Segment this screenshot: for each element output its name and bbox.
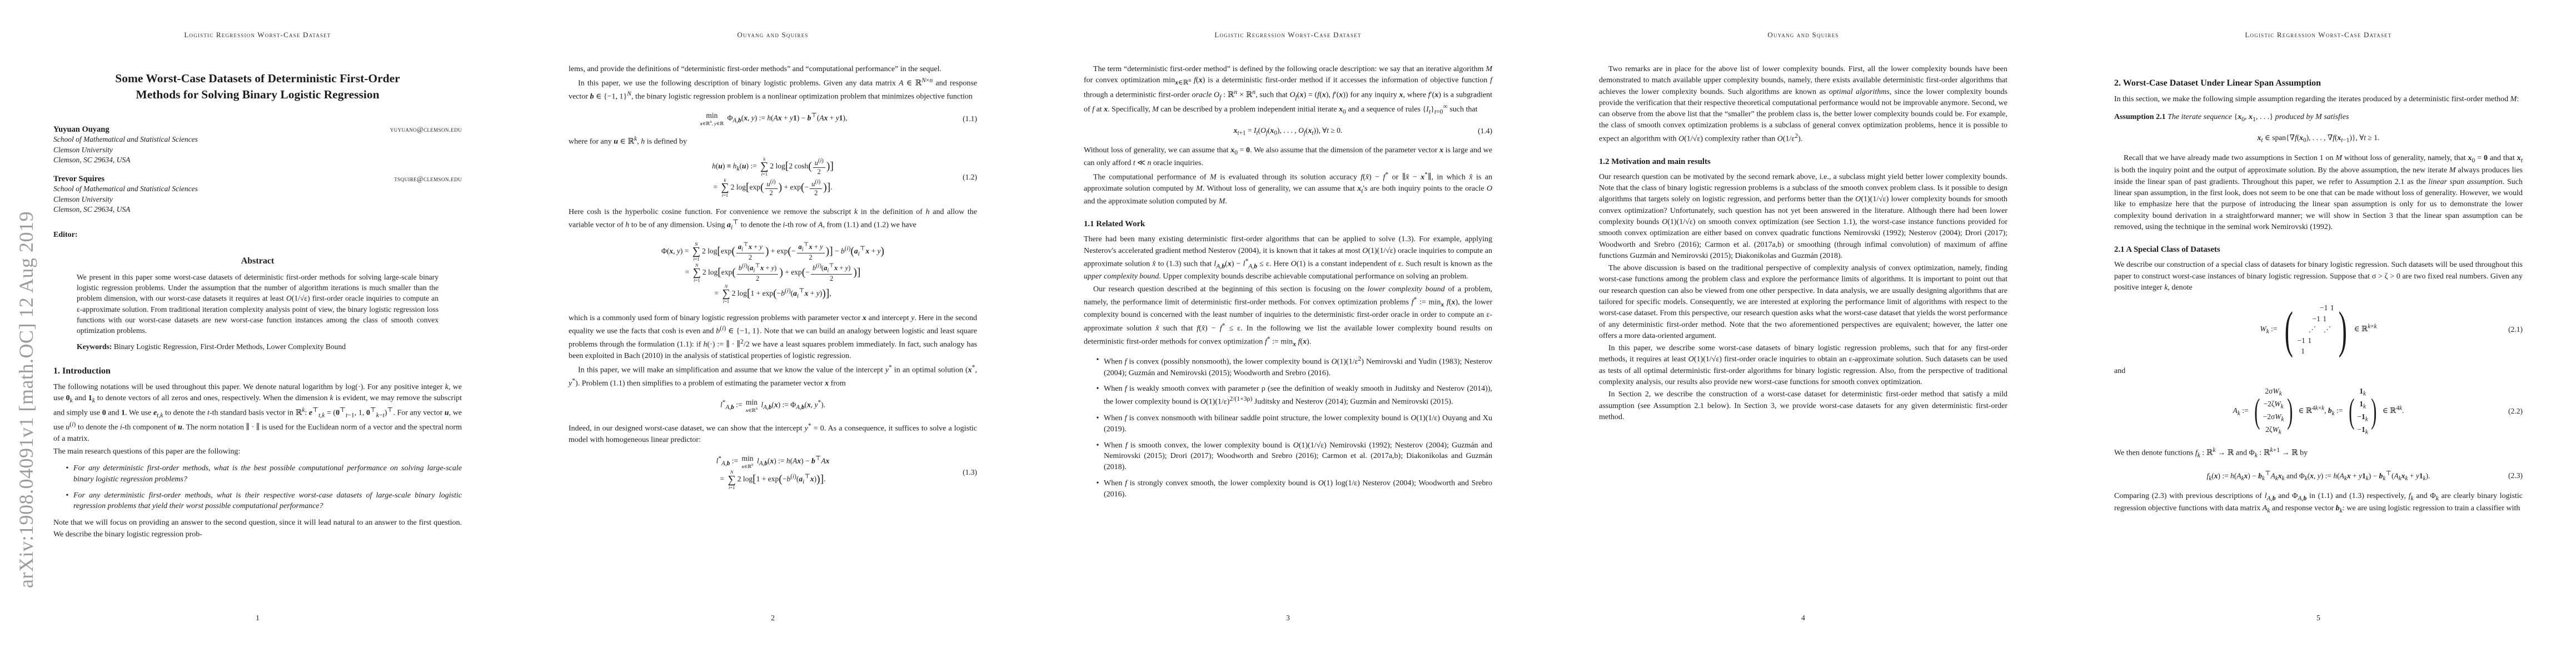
- paragraph: Our research question described at the b…: [1084, 284, 1492, 349]
- affiliation-line: Clemson University: [53, 195, 462, 205]
- paragraph: In this section, we make the following s…: [2114, 94, 2523, 105]
- page-4: Ouyang and Squires Two remarks are in pl…: [1546, 0, 2061, 667]
- paragraph: We then denote functions fk : ℝk → ℝ and…: [2114, 446, 2523, 460]
- affiliation: School of Mathematical and Statistical S…: [53, 135, 462, 166]
- paragraph: The term “deterministic first-order meth…: [1084, 64, 1492, 117]
- bullet-text: When f is strongly convex smooth, the lo…: [1104, 478, 1492, 500]
- running-head: Logistic Regression Worst-Case Dataset: [0, 31, 515, 39]
- section-heading-related-work: 1.1 Related Work: [1084, 220, 1492, 229]
- affiliation-line: Clemson, SC 29634, USA: [53, 205, 462, 215]
- equation-1-1: minx∈ℝn, y∈ℝ ΦA,b(x, y) := h(Ax + y1) − …: [569, 111, 977, 127]
- paper-title: Some Worst-Case Datasets of Deterministi…: [53, 71, 462, 103]
- bullet-text: When f is smooth convex, the lower compl…: [1104, 440, 1492, 474]
- bullet-item: • When f is convex (possibly nonsmooth),…: [1092, 355, 1492, 379]
- equation-1-3: l*A,b := minx∈ℝn lA,b(x) := h(Ax) − b⊤Ax…: [569, 454, 977, 491]
- equation-body: l*A,b := minx∈ℝn lA,b(x) := ΦA,b(x, y*).: [720, 399, 825, 412]
- paragraph: Recall that we have already made two ass…: [2114, 153, 2523, 233]
- bullet-dot: •: [1092, 478, 1104, 500]
- paragraph: In this paper, we describe some worst-ca…: [1599, 343, 2007, 388]
- equation-body: l*A,b := minx∈ℝn lA,b(x) := h(Ax) − b⊤Ax…: [716, 454, 830, 491]
- affiliation-line: Clemson, SC 29634, USA: [53, 155, 462, 166]
- bullet-item: • For any deterministic first-order meth…: [61, 463, 462, 485]
- bullet-text: When f is convex (possibly nonsmooth), t…: [1104, 355, 1492, 379]
- running-head: Logistic Regression Worst-Case Dataset: [1030, 31, 1546, 39]
- paragraph: and: [2114, 366, 2523, 377]
- page-number: 5: [2061, 614, 2576, 623]
- bullet-dot: •: [61, 490, 73, 512]
- running-head: Logistic Regression Worst-Case Dataset: [2061, 31, 2576, 39]
- paragraph: Here cosh is the hyperbolic cosine funct…: [569, 207, 977, 233]
- assumption-2-1: Assumption 2.1 The iterate sequence {x0,…: [2114, 112, 2523, 125]
- paper-title-line1: Some Worst-Case Datasets of Deterministi…: [53, 71, 462, 87]
- equation-1-2: h(u) ≡ hk(u) := k∑i=12 log[2 cosh(u(i)2)…: [569, 156, 977, 199]
- bullet-item: • When f is convex nonsmooth with biline…: [1092, 413, 1492, 435]
- keywords-text: Binary Logistic Regression, First-Order …: [114, 342, 346, 351]
- equation-number: (1.1): [963, 115, 977, 123]
- page-5: Logistic Regression Worst-Case Dataset 2…: [2061, 0, 2576, 667]
- equation-2-2: Ak := (2σWk−2ζWk−2σWk2ζWk) ∈ ℝ4k×k, bk :…: [2114, 385, 2523, 438]
- author-email: yuyuano@clemson.edu: [390, 126, 462, 134]
- equation-body: minx∈ℝn, y∈ℝ ΦA,b(x, y) := h(Ax + y1) − …: [699, 112, 848, 126]
- paragraph: Two remarks are in place for the above l…: [1599, 64, 2007, 145]
- equation-body: Ak := (2σWk−2ζWk−2σWk2ζWk) ∈ ℝ4k×k, bk :…: [2233, 386, 2404, 437]
- affiliation-line: School of Mathematical and Statistical S…: [53, 184, 462, 195]
- equation-number: (2.3): [2508, 471, 2523, 480]
- section-heading-special-class: 2.1 A Special Class of Datasets: [2114, 245, 2523, 255]
- equation-span: xt ∈ span{∇f(x0), . . . , ∇f(xt−1)}, ∀t …: [2114, 132, 2523, 145]
- page-number: 2: [515, 614, 1030, 623]
- page-1: arXiv:1908.04091v1 [math.OC] 12 Aug 2019…: [0, 0, 515, 667]
- abstract-heading: Abstract: [53, 256, 462, 266]
- paragraph: In this paper, we use the following desc…: [569, 76, 977, 103]
- bullet-text: When f is weakly smooth convex with para…: [1104, 384, 1492, 407]
- paragraph: There had been many existing determinist…: [1084, 234, 1492, 282]
- paragraph: Note that we will focus on providing an …: [53, 517, 462, 540]
- equation-lab: l*A,b := minx∈ℝn lA,b(x) := ΦA,b(x, y*).: [569, 397, 977, 414]
- equation-number: (1.4): [1478, 127, 1492, 136]
- paragraph: where for any u ∈ ℝk, h is defined by: [569, 135, 977, 148]
- bullet-list: • When f is convex (possibly nonsmooth),…: [1092, 355, 1492, 500]
- paragraph: The following notations will be used thr…: [53, 382, 462, 445]
- author-block: Yuyuan Ouyang yuyuano@clemson.edu School…: [53, 125, 462, 215]
- paragraph: Our research question can be motivated b…: [1599, 172, 2007, 262]
- equation-1-4: xt+1 = It(Of(x0), . . . , Of(xt)), ∀t ≥ …: [1084, 125, 1492, 138]
- paragraph: which is a commonly used form of binary …: [569, 313, 977, 362]
- bullet-text: When f is convex nonsmooth with bilinear…: [1104, 413, 1492, 435]
- bullet-text: For any deterministic first-order method…: [73, 463, 462, 485]
- equation-body: Wk := ( −1 1 −1 1 ⋰ ⋰−1 1 1) ∈ ℝk×k: [2260, 302, 2376, 357]
- page-2: Ouyang and Squires lems, and provide the…: [515, 0, 1030, 667]
- bullet-text: For any deterministic first-order method…: [73, 490, 462, 512]
- paragraph: lems, and provide the definitions of “de…: [569, 64, 977, 75]
- paragraph: The main research questions of this pape…: [53, 446, 462, 457]
- bullet-list: • For any deterministic first-order meth…: [61, 463, 462, 512]
- page-3: Logistic Regression Worst-Case Dataset T…: [1030, 0, 1546, 667]
- paragraph: Indeed, in our designed worst-case datas…: [569, 421, 977, 446]
- bullet-dot: •: [61, 463, 73, 485]
- paragraph: We describe our construction of a specia…: [2114, 260, 2523, 293]
- paragraph: Comparing (2.3) with previous descriptio…: [2114, 491, 2523, 516]
- equation-number: (1.3): [963, 468, 977, 477]
- author-row: Trevor Squires tsquire@clemson.edu: [53, 175, 462, 184]
- page-number: 3: [1030, 614, 1546, 623]
- page-number: 4: [1546, 614, 2061, 623]
- editor-label: Editor:: [53, 231, 462, 240]
- bullet-item: • When f is smooth convex, the lower com…: [1092, 440, 1492, 474]
- author-row: Yuyuan Ouyang yuyuano@clemson.edu: [53, 125, 462, 135]
- equation-number: (2.2): [2508, 407, 2523, 416]
- bullet-item: • When f is strongly convex smooth, the …: [1092, 478, 1492, 500]
- page-number: 1: [0, 614, 515, 623]
- bullet-dot: •: [1092, 384, 1104, 407]
- bullet-dot: •: [1092, 413, 1104, 435]
- section-heading-motivation: 1.2 Motivation and main results: [1599, 157, 2007, 167]
- bullet-item: • For any deterministic first-order meth…: [61, 490, 462, 512]
- bullet-item: • When f is weakly smooth convex with pa…: [1092, 384, 1492, 407]
- paragraph: The above discussion is based on the tra…: [1599, 263, 2007, 342]
- equation-body: fk(x) := h(Akx) − bk⊤Akxk and Φk(x, y) :…: [2207, 470, 2430, 482]
- affiliation-line: Clemson University: [53, 145, 462, 156]
- bullet-dot: •: [1092, 355, 1104, 379]
- running-head: Ouyang and Squires: [1546, 31, 2061, 39]
- keywords-line: Keywords: Binary Logistic Regression, Fi…: [77, 341, 439, 352]
- paragraph: In Section 2, we describe the constructi…: [1599, 389, 2007, 423]
- equation-number: (2.1): [2508, 325, 2523, 334]
- author-name: Trevor Squires: [53, 175, 104, 184]
- keywords-label: Keywords:: [77, 342, 112, 351]
- equation-2-3: fk(x) := h(Akx) − bk⊤Akxk and Φk(x, y) :…: [2114, 469, 2523, 483]
- document-canvas: arXiv:1908.04091v1 [math.OC] 12 Aug 2019…: [0, 0, 2576, 667]
- abstract-text: We present in this paper some worst-case…: [77, 272, 439, 336]
- arxiv-watermark: arXiv:1908.04091v1 [math.OC] 12 Aug 2019: [14, 211, 38, 588]
- equation-2-1: Wk := ( −1 1 −1 1 ⋰ ⋰−1 1 1) ∈ ℝk×k (2.1…: [2114, 301, 2523, 358]
- paper-title-line2: Methods for Solving Binary Logistic Regr…: [53, 87, 462, 103]
- equation-body: xt+1 = It(Of(x0), . . . , Of(xt)), ∀t ≥ …: [1234, 126, 1343, 137]
- bullet-dot: •: [1092, 440, 1104, 474]
- equation-phi: Φ(x, y) = N∑i=12 log[exp(ai⊤x + y2) + ex…: [569, 241, 977, 305]
- paragraph: In this paper, we will make an simplific…: [569, 363, 977, 390]
- equation-body: Φ(x, y) = N∑i=12 log[exp(ai⊤x + y2) + ex…: [661, 241, 884, 305]
- equation-number: (1.2): [963, 173, 977, 182]
- affiliation: School of Mathematical and Statistical S…: [53, 184, 462, 215]
- author-email: tsquire@clemson.edu: [394, 175, 462, 183]
- affiliation-line: School of Mathematical and Statistical S…: [53, 135, 462, 145]
- paragraph: Without loss of generality, we can assum…: [1084, 145, 1492, 169]
- running-head: Ouyang and Squires: [515, 31, 1030, 39]
- paragraph: The computational performance of M is ev…: [1084, 170, 1492, 207]
- section-heading-introduction: 1. Introduction: [53, 366, 462, 376]
- equation-body: xt ∈ span{∇f(x0), . . . , ∇f(xt−1)}, ∀t …: [2258, 133, 2380, 144]
- author-name: Yuyuan Ouyang: [53, 125, 109, 135]
- section-heading-worst-case-dataset: 2. Worst-Case Dataset Under Linear Span …: [2114, 78, 2523, 88]
- equation-body: h(u) ≡ hk(u) := k∑i=12 log[2 cosh(u(i)2)…: [712, 156, 834, 199]
